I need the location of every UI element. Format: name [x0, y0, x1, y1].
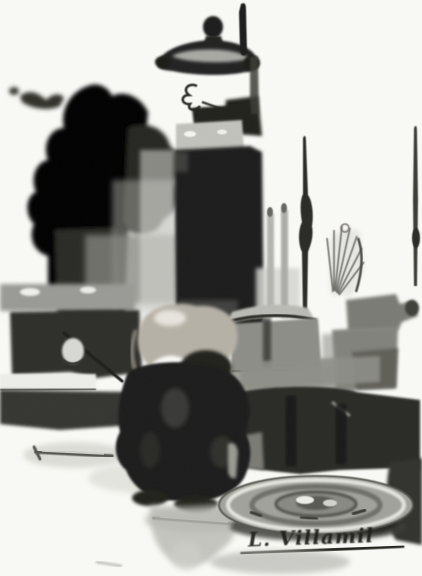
paper-grain-overlay	[0, 0, 422, 576]
illustration-canvas: L. Villamil	[0, 0, 422, 576]
illustration-page: L. Villamil	[0, 0, 422, 576]
